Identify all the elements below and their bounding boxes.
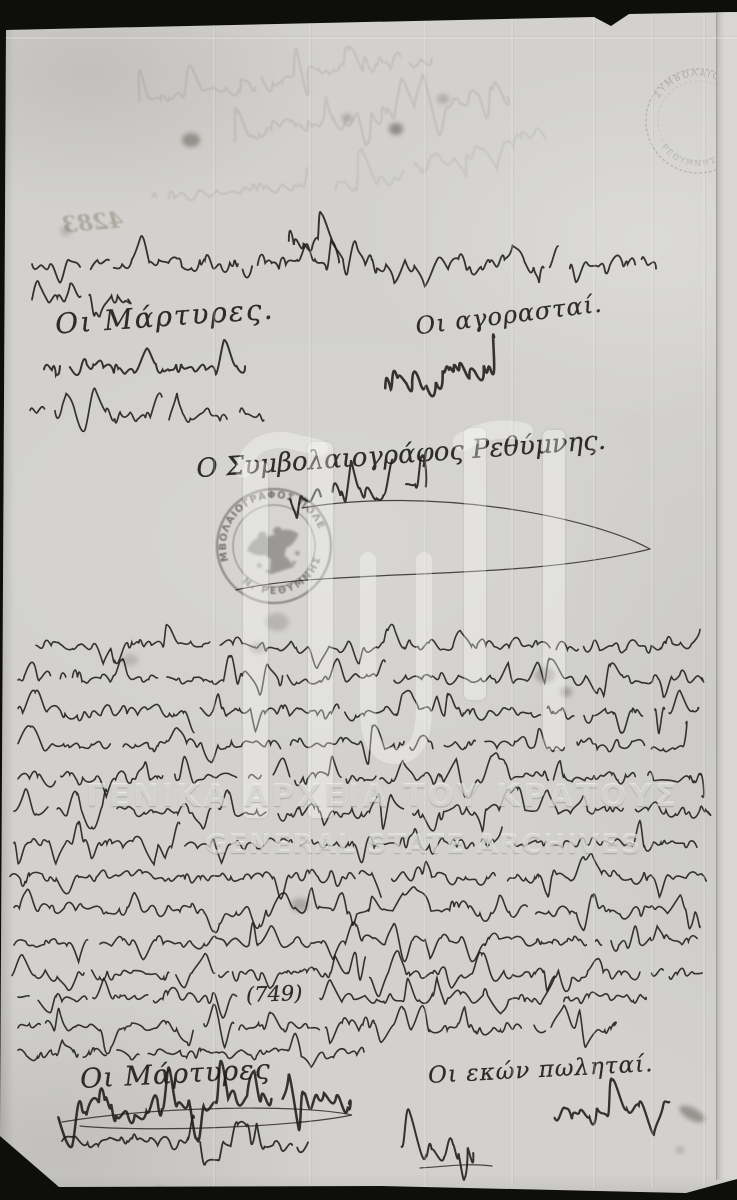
body-line: [12, 892, 702, 928]
corner-stamp-arc-bottom: ΡΕΘΥΜΝΗΣ: [656, 141, 721, 175]
body-line: [16, 661, 704, 697]
caption-sellers: Οι εκών πωληταί.: [427, 1051, 654, 1089]
witness-signature-scribble: [42, 350, 247, 390]
witness-signature-scribble: [60, 1124, 311, 1162]
bleedthrough-handwriting: [149, 176, 310, 208]
body-line: [16, 694, 700, 730]
archive-logo-watermark-bar: [464, 428, 486, 700]
arabic-signature-scribble: [377, 332, 507, 420]
caption-buyers: Οι αγορασταί.: [414, 290, 604, 341]
paper-sheet: 4283 ΣΥΜΒΟΛΑΙΟΓΡΑΦΟΣ: [0, 0, 737, 1200]
paraph-mark-scribble: [398, 1125, 476, 1176]
handwriting-line: [30, 242, 658, 286]
body-line: [34, 628, 702, 664]
archive-logo-watermark-bar: [543, 430, 565, 750]
svg-text:ΡΕΘΥΜΝΗΣ: ΡΕΘΥΜΝΗΣ: [656, 141, 721, 175]
watermark-text-greek: ΓΕΝΙΚΑ ΑΡΧΕΙΑ ΤΟΥ ΚΡΑΤΟΥΣ: [86, 778, 679, 814]
archive-logo-watermark-bar: [243, 462, 268, 818]
scanned-manuscript-page: 4283 ΣΥΜΒΟΛΑΙΟΓΡΑΦΟΣ: [0, 0, 737, 1200]
body-line: [16, 727, 688, 763]
amount-in-figures: (749): [246, 981, 303, 1007]
adjacent-page-edge: [716, 12, 737, 1180]
arabic-signature-scribble: [550, 1082, 674, 1136]
body-line: [8, 859, 708, 895]
witness-signature-scribble: [28, 394, 267, 436]
